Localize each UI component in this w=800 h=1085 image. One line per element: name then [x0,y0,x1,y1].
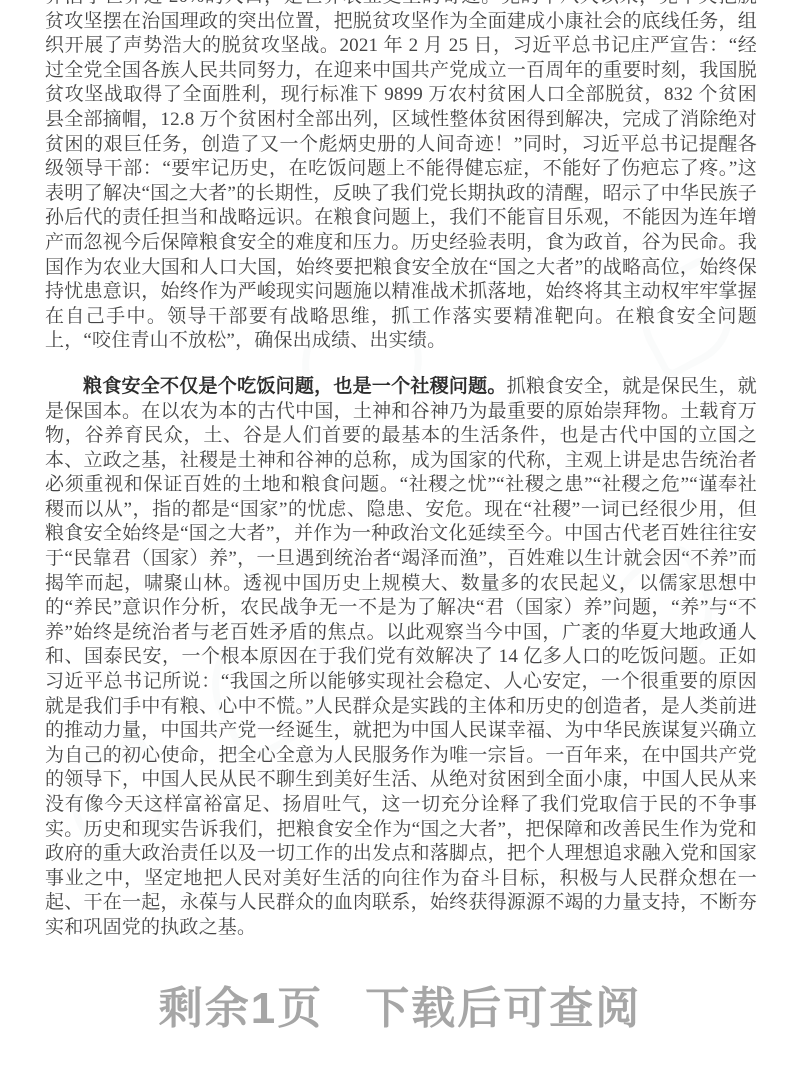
download-hint-label: 下载后可查阅 [365,972,641,1036]
paragraph-poverty-alleviation: 养活了世界近 20%的人口，是世界农业史上的奇迹。党的十八大以来，党中央把脱贫攻… [45,0,757,354]
paragraph-food-security: 粮食安全不仅是个吃饭问题，也是一个社稷问题。抓粮食安全，就是保民生，就是保国本。… [45,375,757,941]
paragraph-body-text: 抓粮食安全，就是保民生，就是保国本。在以农为本的古代中国，土神和谷神乃为最重要的… [45,376,757,938]
document-page: 养活了世界近 20%的人口，是世界农业史上的奇迹。党的十八大以来，党中央把脱贫攻… [0,0,800,1085]
download-notice: 剩余1页 下载后可查阅 [0,972,800,1036]
pages-remaining-label: 剩余1页 [159,972,323,1036]
paragraph-lead-bold-text: 粮食安全不仅是个吃饭问题，也是一个社稷问题。 [83,376,507,397]
document-text-area: 养活了世界近 20%的人口，是世界农业史上的奇迹。党的十八大以来，党中央把脱贫攻… [45,0,757,941]
